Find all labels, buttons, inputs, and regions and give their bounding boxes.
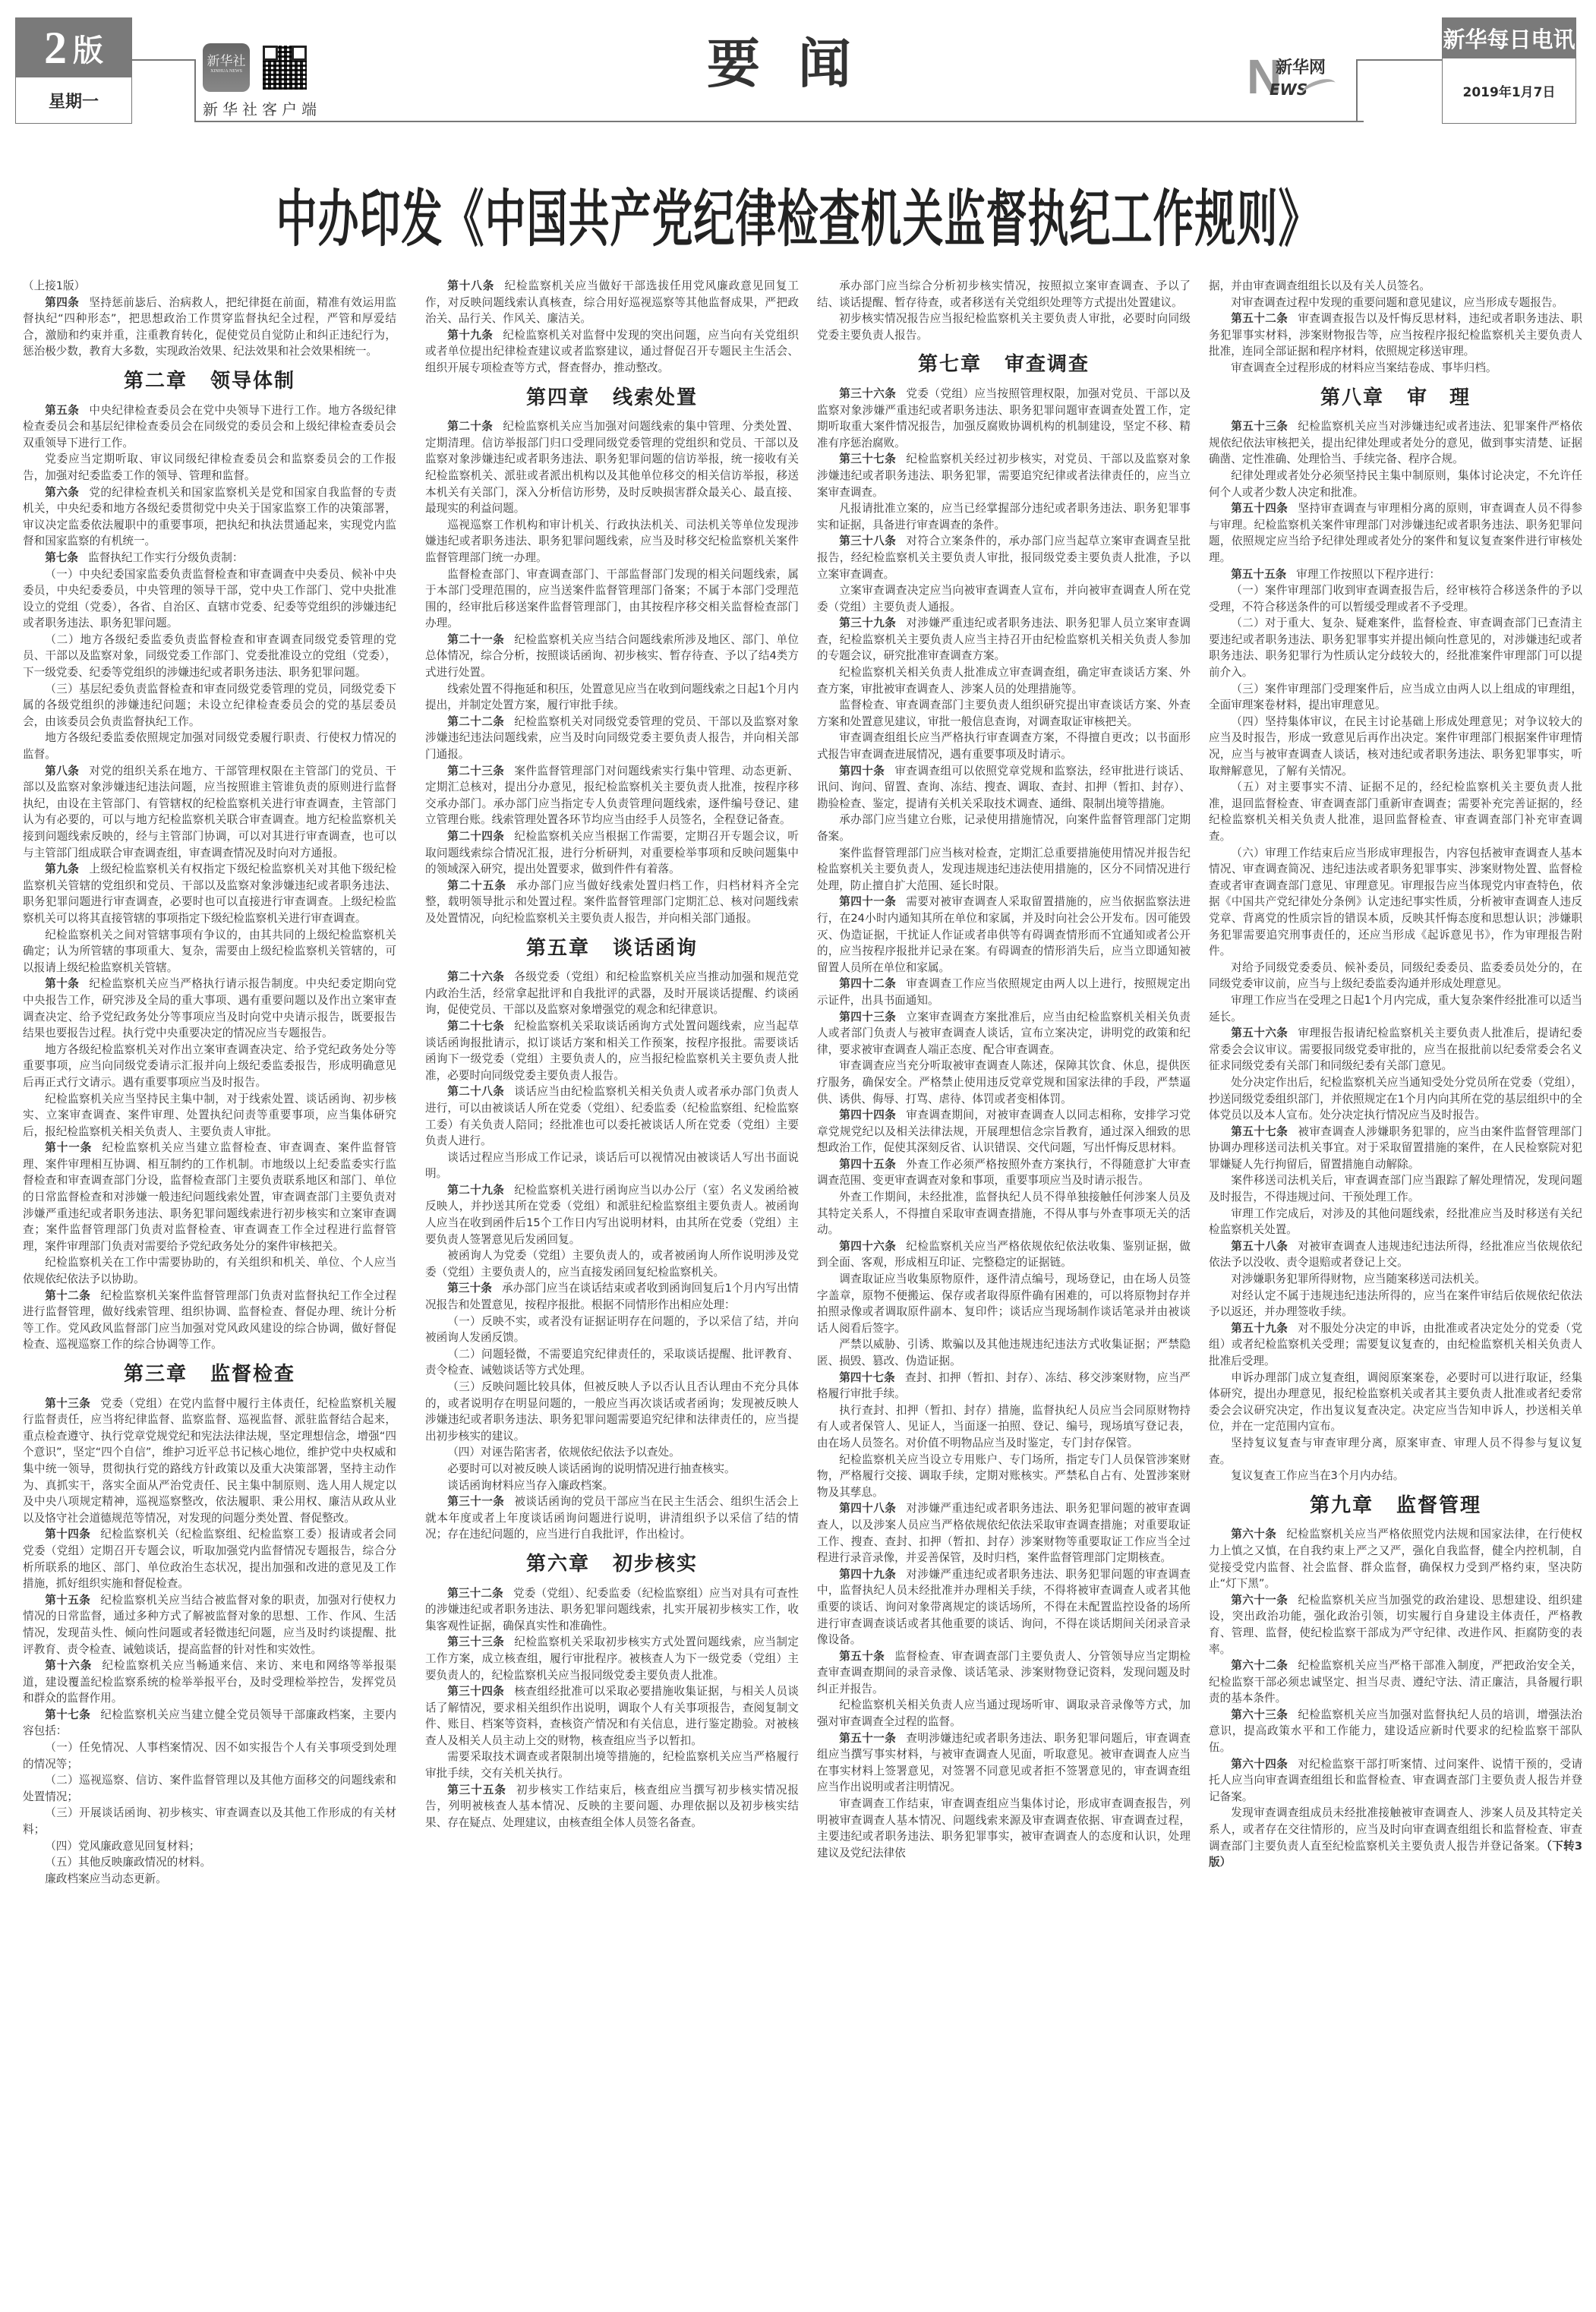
article-number: 第四十六条 [839,1240,896,1253]
paragraph: （三）开展谈话函询、初步核实、审查调查以及其他工作形成的有关材料； [23,1805,396,1837]
paragraph: 纪检监察机关在工作中需要协助的，有关组织和机关、单位、个人应当依规依纪依法予以协… [23,1254,396,1287]
article-number: 第二十六条 [447,970,504,983]
article-number: 第八条 [45,765,79,778]
article-paragraph: 第二十六条各级党委（党组）和纪检监察机关应当推动加强和规范党内政治生活，经常拿起… [425,969,799,1018]
article-number: 第二十八条 [447,1085,504,1098]
paragraph: 谈话函询材料应当存入廉政档案。 [425,1478,799,1494]
article-number: 第四十五条 [839,1158,896,1171]
article-number: 第六十一条 [1231,1594,1288,1607]
paragraph: 复议复查工作应当在3个月内办结。 [1209,1468,1582,1484]
column-4: 据，并由审查调查组组长以及有关人员签名。对审查调查过程中发现的重要问题和意见建议… [1209,278,1582,2305]
article-number: 第二十七条 [447,1020,504,1033]
article-paragraph: 第三十一条被谈话函询的党员干部应当在民主生活会、组织生活会上就本年度或者上年度谈… [425,1493,799,1543]
paragraph: 必要时可以对被反映人谈话函询的说明情况进行抽查核实。 [425,1461,799,1478]
article-number: 第五十八条 [1231,1240,1288,1253]
article-paragraph: 第三十四条核查组经批准可以采取必要措施收集证据，与相关人员谈话了解情况，要求相关… [425,1683,799,1749]
article-paragraph: 第三十五条初步核实工作结束后，核查组应当撰写初步核实情况报告，列明被核查人基本情… [425,1782,799,1831]
paragraph: 线索处置不得拖延和积压，处置意见应当在收到问题线索之日起1个月内提出，并制定处置… [425,681,799,714]
article-number: 第三十条 [447,1282,492,1295]
article-paragraph: 第十五条纪检监察机关应当结合被监督对象的职责，加强对行使权力情况的日常监督，通过… [23,1592,396,1658]
app-label: 新华社客户端 [203,97,321,119]
article-number: 第十三条 [45,1397,90,1410]
paragraph: 审查调查全过程形成的材料应当案结卷成、事毕归档。 [1209,360,1582,377]
article-number: 第五十五条 [1231,568,1286,581]
article-paragraph: 第六十一条纪检监察机关应当加强党的政治建设、思想建设、组织建设，突出政治功能，强… [1209,1592,1582,1658]
paragraph: 纪检监察机关应当设立专用账户、专门场所，指定专门人员保管涉案财物，严格履行交接、… [817,1452,1191,1501]
article-number: 第六条 [45,486,79,499]
article-number: 第三十七条 [839,453,896,465]
article-paragraph: 第十六条纪检监察机关应当畅通来信、来访、来电和网络等举报渠道，建设覆盖纪检监察系… [23,1658,396,1707]
paragraph: 外查工作期间，未经批准，监督执纪人员不得单独接触任何涉案人员及其特定关系人，不得… [817,1189,1191,1238]
xinhuanet-logo-icon: N 新华网 EWS [1247,53,1345,100]
chapter-heading: 第三章监督检查 [23,1367,396,1383]
paragraph: 纪检监察机关相关负责人应当通过现场听审、调取录音录像等方式，加强对审查调查全过程… [817,1697,1191,1730]
article-paragraph: 第三十二条党委（党组）、纪委监委（纪检监察组）应当对具有可查性的涉嫌违纪或者职务… [425,1585,799,1635]
chapter-heading: 第四章线索处置 [425,390,799,407]
article-paragraph: 第四十二条审查调查工作应当依照规定由两人以上进行，按照规定出示证件，出具书面通知… [817,976,1191,1008]
article-number: 第五十九条 [1231,1322,1288,1335]
paragraph: 党委应当定期听取、审议同级纪律检查委员会和监察委员会的工作报告，加强对纪委监委工… [23,451,396,484]
paragraph: （上接1版） [23,278,396,295]
article-number: 第四十四条 [839,1109,896,1121]
paragraph: （二）巡视巡察、信访、案件监督管理以及其他方面移交的问题线索和处置情况； [23,1772,396,1805]
article-paragraph: 第四十八条对涉嫌严重违纪或者职务违法、职务犯罪问题的被审查调查人，以及涉案人员应… [817,1500,1191,1566]
paragraph: 申诉办理部门成立复查组，调阅原案案卷，必要时可以进行取证，经集体研究，提出办理意… [1209,1370,1582,1435]
article-number: 第二十一条 [447,633,504,646]
article-number: 第四十七条 [839,1371,895,1384]
paragraph: 承办部门应当综合分析初步核实情况，按照拟立案审查调查、予以了结、谈话提醒、暂存待… [817,278,1191,311]
article-paragraph: 第十八条纪检监察机关应当做好干部选拔任用党风廉政意见回复工作，对反映问题线索认真… [425,278,799,327]
article-number: 第四条 [45,296,79,309]
paragraph: （三）案件审理部门受理案件后，应当成立由两人以上组成的审理组，全面审理案卷材料，… [1209,681,1582,714]
paragraph: （四）对诬告陷害者，依规依纪依法予以查处。 [425,1444,799,1461]
article-number: 第三十一条 [447,1495,504,1508]
paragraph: 处分决定作出后，纪检监察机关应当通知受处分党员所在党委（党组），抄送同级党委组织… [1209,1074,1582,1124]
brand-name: 新华每日电讯 [1443,18,1575,58]
paragraph: 初步核实情况报告应当报纪检监察机关主要负责人审批，必要时向同级党委主要负责人报告… [817,311,1191,343]
swoosh-icon [1300,75,1338,101]
article-number: 第五十三条 [1231,420,1288,433]
paragraph: 地方各级纪委监委依照规定加强对同级党委履行职责、行使权力情况的监督。 [23,730,396,762]
article-number: 第二十三条 [447,765,504,778]
article-paragraph: 第四十条审查调查组可以依照党章党规和监察法，经审批进行谈话、讯问、询问、留置、查… [817,763,1191,812]
article-number: 第三十五条 [447,1784,506,1796]
paragraph: （四）党风廉政意见回复材料； [23,1838,396,1855]
paragraph: 案件监督管理部门应当核对检查，定期汇总重要措施使用情况并报告纪检监察机关主要负责… [817,845,1191,894]
article-number: 第十二条 [45,1289,90,1302]
article-number: 第五十条 [839,1650,885,1663]
paragraph: 纪检监察机关相关负责人批准成立审查调查组，确定审查谈话方案、外查方案，审批被审查… [817,664,1191,697]
paragraph: 坚持复议复查与审查审理分离，原案审查、审理人员不得参与复议复查。 [1209,1435,1582,1468]
article-paragraph: 第四十一条需要对被审查调查人采取留置措施的，应当依据监察法进行，在24小时内通知… [817,894,1191,976]
paragraph: （一）反映不实，或者没有证据证明存在问题的，予以采信了结，并向被函询人发函反馈。 [425,1314,799,1346]
article-paragraph: 第六十二条纪检监察机关应当严格干部准入制度，严把政治安全关，纪检监察干部必须忠诚… [1209,1658,1582,1707]
article-number: 第二十九条 [447,1184,504,1197]
article-number: 第十七条 [45,1708,90,1721]
article-paragraph: 第二十四条纪检监察机关应当根据工作需要，定期召开专题会议，听取问题线索综合情况汇… [425,828,799,878]
article-number: 第四十一条 [839,895,896,908]
section-title: 要闻 [0,21,1596,98]
paragraph: 对审查调查过程中发现的重要问题和意见建议，应当形成专题报告。 [1209,295,1582,311]
article-paragraph: 第四条坚持惩前毖后、治病救人，把纪律挺在前面，精准有效运用监督执纪“四种形态”，… [23,295,396,360]
article-paragraph: 第四十五条外查工作必须严格按照外查方案执行，不得随意扩大审查调查范围、变更审查调… [817,1156,1191,1189]
paragraph: （一）任免情况、人事档案情况、因不如实报告个人有关事项受到处理的情况等； [23,1740,396,1772]
article-paragraph: 第四十四条审查调查期间，对被审查调查人以同志相称，安排学习党章党规党纪以及相关法… [817,1107,1191,1156]
article-paragraph: 第九条上级纪检监察机关有权指定下级纪检监察机关对其他下级纪检监察机关管辖的党组织… [23,861,396,926]
paragraph: 凡报请批准立案的，应当已经掌握部分违纪或者职务违法、职务犯罪事实和证据，具备进行… [817,500,1191,533]
article-number: 第十条 [45,977,79,990]
article-paragraph: 第五十条监督检查、审查调查部门主要负责人、分管领导应当定期检查审查调查期间的录音… [817,1648,1191,1698]
article-paragraph: 第四十七条查封、扣押（暂扣、封存）、冻结、移交涉案财物，应当严格履行审批手续。 [817,1370,1191,1402]
article-number: 第二十五条 [447,879,506,892]
brand-box: 新华每日电讯 2019年1月7日 [1442,17,1576,124]
article-number: 第三十九条 [839,617,896,629]
article-number: 第十四条 [45,1528,90,1541]
chapter-heading: 第七章审查调查 [817,357,1191,374]
article-number: 第二十二条 [447,715,504,728]
article-paragraph: 第三十九条对涉嫌严重违纪或者职务违法、职务犯罪人员立案审查调查，纪检监察机关主要… [817,615,1191,664]
paragraph: 廉政档案应当动态更新。 [23,1871,396,1888]
article-number: 第十九条 [447,329,493,342]
paragraph: （五）对主要事实不清、证据不足的，经纪检监察机关主要负责人批准，退回监督检查、审… [1209,779,1582,844]
article-paragraph: 第十条纪检监察机关应当严格执行请示报告制度。中央纪委定期向党中央报告工作，研究涉… [23,976,396,1041]
article-paragraph: 第二十一条纪检监察机关应当结合问题线索所涉及地区、部门、单位总体情况，综合分析，… [425,632,799,681]
article-number: 第六十三条 [1231,1708,1288,1721]
paragraph: （一）中央纪委国家监委负责监督检查和审查调查中央委员、候补中央委员，中央纪委委员… [23,566,396,632]
masthead: 2 版 星期一 新华社 XINHUA NEWS 新华社客户端 要闻 N 新华网 … [0,0,1596,129]
article-paragraph: 第五十三条纪检监察机关应当对涉嫌违纪或者违法、犯罪案件严格依规依纪依法审核把关，… [1209,418,1582,468]
article-paragraph: 第十一条纪检监察机关应当建立监督检查、审查调查、案件监督管理、案件审理相互协调、… [23,1140,396,1254]
paragraph: 承办部门应当建立台账，记录使用措施情况，向案件监督管理部门定期备案。 [817,812,1191,844]
article-paragraph: 第十四条纪检监察机关（纪检监察组、纪检监察工委）报请或者会同党委（党组）定期召开… [23,1526,396,1591]
paragraph: （二）对于重大、复杂、疑难案件，监督检查、审查调查部门已查清主要违纪或者职务违法… [1209,615,1582,680]
paragraph: 被函询人为党委（党组）主要负责人的，或者被函询人所作说明涉及党委（党组）主要负责… [425,1247,799,1280]
article-paragraph: 第三十七条纪检监察机关经过初步核实，对党员、干部以及监察对象涉嫌违纪或者职务违法… [817,451,1191,500]
article-paragraph: 第二十七条纪检监察机关采取谈话函询方式处置问题线索，应当起草谈话函询报批请示，拟… [425,1018,799,1083]
article-number: 第三十六条 [839,387,896,400]
article-paragraph: 第五十八条对被审查调查人违规违纪违法所得，经批准应当依规依纪依法予以没收、责令退… [1209,1238,1582,1271]
paragraph: 审查调查应当充分听取被审查调查人陈述，保障其饮食、休息，提供医疗服务，确保安全。… [817,1058,1191,1107]
article-paragraph: 第五十六条审理报告报请纪检监察机关主要负责人批准后，提请纪委常委会会议审议。需要… [1209,1025,1582,1074]
article-number: 第十六条 [45,1659,92,1672]
article-paragraph: 第十三条党委（党组）在党内监督中履行主体责任，纪检监察机关履行监督责任，应当将纪… [23,1396,396,1527]
article-paragraph: 第三十三条纪检监察机关采取初步核实方式处置问题线索，应当制定工作方案，成立核查组… [425,1634,799,1683]
article-paragraph: 第十二条纪检监察机关案件监督管理部门负责对监督执纪工作全过程进行监督管理，做好线… [23,1288,396,1353]
paragraph: 据，并由审查调查组组长以及有关人员签名。 [1209,278,1582,295]
article-number: 第四十八条 [839,1502,896,1515]
article-number: 第四十九条 [839,1568,896,1581]
article-body: （上接1版）第四条坚持惩前毖后、治病救人，把纪律挺在前面，精准有效运用监督执纪“… [23,278,1587,2305]
paragraph: 谈话过程应当形成工作记录，谈话后可以视情况由被谈话人写出书面说明。 [425,1150,799,1182]
paragraph: 发现审查调查组成员未经批准接触被审查调查人、涉案人员及其特定关系人，或者存在交往… [1209,1805,1582,1870]
paragraph: （二）地方各级纪委监委负责监督检查和审查调查同级党委管理的党员、干部以及监察对象… [23,632,396,681]
paragraph: 执行查封、扣押（暂扣、封存）措施，监督执纪人员应当会同原财物持有人或者保管人、见… [817,1402,1191,1452]
paragraph: 审查调查工作结束，审查调查组应当集体讨论，形成审查调查报告，列明被审查调查人基本… [817,1796,1191,1861]
article-paragraph: 第六条党的纪律检查机关和国家监察机关是党和国家自我监督的专责机关，中央纪委和地方… [23,484,396,550]
paragraph: 对涉嫌职务犯罪所得财物，应当随案移送司法机关。 [1209,1271,1582,1288]
article-paragraph: 第十七条纪检监察机关应当建立健全党员领导干部廉政档案，主要内容包括： [23,1707,396,1740]
paragraph: 巡视巡察工作机构和审计机关、行政执法机关、司法机关等单位发现涉嫌违纪或者职务违法… [425,517,799,566]
article-paragraph: 第五十一条查明涉嫌违纪或者职务违法、职务犯罪问题后，审查调查组应当撰写事实材料，… [817,1730,1191,1796]
paragraph: 需要采取技术调查或者限制出境等措施的，纪检监察机关应当严格履行审批手续，交有关机… [425,1749,799,1781]
article-paragraph: 第五十四条坚持审查调查与审理相分离的原则，审查调查人员不得参与审理。纪检监察机关… [1209,500,1582,566]
article-paragraph: 第二十条纪检监察机关应当加强对问题线索的集中管理、分类处置、定期清理。信访举报部… [425,418,799,517]
paragraph: 监督检查、审查调查部门主要负责人组织研究提出审查谈话方案、外查方案和处置意见建议… [817,697,1191,730]
article-number: 第五十一条 [839,1732,896,1745]
paragraph: （一）案件审理部门收到审查调查报告后，经审核符合移送条件的予以受理，不符合移送条… [1209,582,1582,615]
article-paragraph: 第十九条纪检监察机关对监督中发现的突出问题，应当向有关党组织或者单位提出纪律检查… [425,327,799,377]
divider [194,121,1364,122]
article-number: 第六十四条 [1231,1758,1288,1771]
article-number: 第二十条 [447,420,493,433]
article-number: 第三十二条 [447,1587,503,1600]
article-paragraph: 第四十三条立案审查调查方案批准后，应当由纪检监察机关相关负责人或者部门负责人与被… [817,1009,1191,1058]
article-paragraph: 第三十八条对符合立案条件的，承办部门应当起草立案审查调查呈批报告，经纪检监察机关… [817,533,1191,582]
article-number: 第九条 [45,863,79,875]
paragraph: 案件移送司法机关后，审查调查部门应当跟踪了解处理情况，发现问题及时报告，不得违规… [1209,1172,1582,1205]
paragraph: （二）问题轻微，不需要追究纪律责任的，采取谈话提醒、批评教育、责令检查、诫勉谈话… [425,1346,799,1379]
chapter-heading: 第二章领导体制 [23,374,396,390]
article-number: 第三十四条 [447,1685,504,1698]
paragraph: 对经认定不属于违规违纪违法所得的，应当在案件审结后依规依纪依法予以返还，并办理签… [1209,1288,1582,1320]
article-number: 第五十二条 [1231,312,1288,325]
article-number: 第十八条 [447,279,494,292]
article-paragraph: 第六十四条对纪检监察干部打听案情、过问案件、说情干预的，受请托人应当向审查调查组… [1209,1756,1582,1806]
article-paragraph: 第四十九条对涉嫌严重违纪或者职务违法、职务犯罪问题的审查调查中，监督执纪人员未经… [817,1566,1191,1648]
column-2: 第十八条纪检监察机关应当做好干部选拔任用党风廉政意见回复工作，对反映问题线索认真… [425,278,799,2305]
article-paragraph: 第六十条纪检监察机关应当严格依照党内法规和国家法律，在行使权力上慎之又慎，在自我… [1209,1526,1582,1591]
article-paragraph: 第二十三条案件监督管理部门对问题线索实行集中管理、动态更新、定期汇总核对，提出分… [425,763,799,828]
column-3: 承办部门应当综合分析初步核实情况，按照拟立案审查调查、予以了结、谈话提醒、暂存待… [817,278,1191,2305]
article-number: 第七条 [45,551,78,564]
paragraph: 地方各级纪检监察机关对作出立案审查调查决定、给予党纪政务处分等重要事项，应当向同… [23,1042,396,1091]
article-paragraph: 第七条监督执纪工作实行分级负责制： [23,550,396,566]
paragraph: （四）坚持集体审议，在民主讨论基础上形成处理意见；对争议较大的应当及时报告，形成… [1209,714,1582,779]
article-number: 第三十八条 [839,535,896,547]
paragraph: 纪检监察机关之间对管辖事项有争议的，由其共同的上级纪检监察机关确定；认为所管辖的… [23,927,396,976]
article-paragraph: 第四十六条纪检监察机关应当严格依规依纪依法收集、鉴别证据，做到全面、客观，形成相… [817,1238,1191,1271]
chapter-heading: 第六章初步核实 [425,1557,799,1573]
article-paragraph: 第五十七条被审查调查人涉嫌职务犯罪的，应当由案件监督管理部门协调办理移送司法机关… [1209,1124,1582,1173]
article-number: 第六十条 [1231,1528,1276,1541]
article-number: 第十一条 [45,1141,92,1154]
paragraph: 审查调查组组长应当严格执行审查调查方案，不得擅自更改；以书面形式报告审查调查进展… [817,730,1191,762]
paragraph: 纪律处理或者处分必须坚持民主集中制原则，集体讨论决定，不允许任何个人或者少数人决… [1209,468,1582,500]
headline: 中办印发《中国共产党纪律检查机关监督执纪工作规则》 [0,171,1596,259]
article-paragraph: 第二十二条纪检监察机关对同级党委管理的党员、干部以及监察对象涉嫌违纪违法问题线索… [425,714,799,763]
article-number: 第五十四条 [1231,502,1288,515]
paragraph: （三）基层纪委负责监督检查和审查同级党委管理的党员，同级党委下属的各级党组织的涉… [23,681,396,730]
article-paragraph: 第六十三条纪检监察机关应当加强对监督执纪人员的培训，增强法治意识，提高政策水平和… [1209,1707,1582,1756]
article-number: 第十五条 [45,1594,90,1607]
paragraph: 立案审查调查决定应当向被审查调查人宣布，并向被审查调查人所在党委（党组）主要负责… [817,582,1191,615]
article-paragraph: 第八条对党的组织关系在地方、干部管理权限在主管部门的党员、干部以及监察对象涉嫌违… [23,763,396,862]
article-paragraph: 第二十八条谈话应当由纪检监察机关相关负责人或者承办部门负责人进行，可以由被谈话人… [425,1083,799,1149]
paragraph: （六）审理工作结束后应当形成审理报告，内容包括被审查调查人基本情况、审查调查简况… [1209,845,1582,960]
paragraph: 审理工作完成后，对涉及的其他问题线索，经批准应当及时移送有关纪检监察机关处置。 [1209,1206,1582,1238]
article-number: 第二十四条 [447,830,504,843]
paragraph: 监督检查部门、审查调查部门、干部监督部门发现的相关问题线索，属于本部门受理范围的… [425,566,799,632]
paragraph: 对给予同级党委委员、候补委员，同级纪委委员、监委委员处分的，在同级党委审议前，应… [1209,960,1582,992]
paragraph: 严禁以威胁、引诱、欺骗以及其他违规违纪违法方式收集证据；严禁隐匿、损毁、篡改、伪… [817,1336,1191,1369]
article-paragraph: 第二十九条纪检监察机关进行函询应当以办公厅（室）名义发函给被反映人，并抄送其所在… [425,1182,799,1247]
paragraph: 纪检监察机关应当坚持民主集中制，对于线索处置、谈话函询、初步核实、立案审查调查、… [23,1091,396,1140]
article-paragraph: 第三十条承办部门应当在谈话结束或者收到函询回复后1个月内写出情况报告和处置意见，… [425,1280,799,1313]
article-number: 第五条 [45,404,79,417]
article-paragraph: 第五条中央纪律检查委员会在党中央领导下进行工作。地方各级纪律检查委员会和基层纪律… [23,402,396,452]
article-paragraph: 第五十五条审理工作按照以下程序进行： [1209,566,1582,583]
chapter-heading: 第五章谈话函询 [425,941,799,957]
article-paragraph: 第五十九条对不服处分决定的申诉，由批准或者决定处分的党委（党组）或者纪检监察机关… [1209,1320,1582,1370]
chapter-heading: 第九章监督管理 [1209,1498,1582,1515]
article-number: 第五十七条 [1231,1125,1288,1138]
article-number: 第四十二条 [839,977,896,990]
article-number: 第五十六条 [1231,1027,1288,1039]
paragraph: 审理工作应当在受理之日起1个月内完成，重大复杂案件经批准可以适当延长。 [1209,992,1582,1025]
paragraph: （三）反映问题比较具体，但被反映人予以否认且否认理由不充分具体的，或者说明存在明… [425,1379,799,1444]
column-1: （上接1版）第四条坚持惩前毖后、治病救人，把纪律挺在前面，精准有效运用监督执纪“… [23,278,396,2305]
article-number: 第三十三条 [447,1635,504,1648]
article-paragraph: 第三十六条党委（党组）应当按照管理权限，加强对党员、干部以及监察对象涉嫌严重违纪… [817,386,1191,451]
chapter-heading: 第八章审 理 [1209,390,1582,407]
paragraph: （五）其他反映廉政情况的材料。 [23,1854,396,1871]
article-number: 第四十三条 [839,1011,896,1024]
article-number: 第四十条 [839,765,885,778]
paragraph: 调查取证应当收集原物原件，逐件清点编号，现场登记，由在场人员签字盖章，原物不便搬… [817,1271,1191,1336]
article-number: 第六十二条 [1231,1659,1288,1672]
issue-date: 2019年1月7日 [1443,58,1575,123]
article-paragraph: 第五十二条审查调查报告以及忏悔反思材料，违纪或者职务违法、职务犯罪事实材料，涉案… [1209,311,1582,360]
article-paragraph: 第二十五条承办部门应当做好线索处置归档工作，归档材料齐全完整，载明领导批示和处置… [425,878,799,927]
